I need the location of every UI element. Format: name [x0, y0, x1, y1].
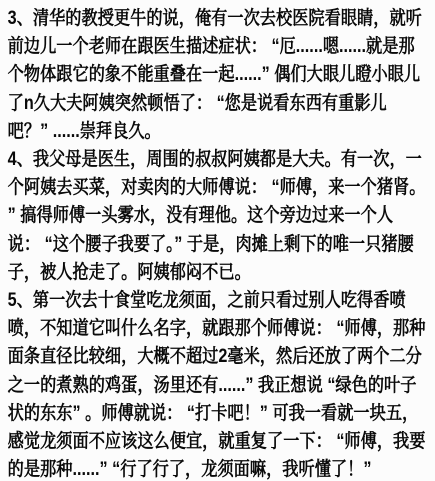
- text-line: ” 搞得师傅一头雾水，没有理他。这个旁边过来一个人: [8, 202, 435, 230]
- text-line: 之一的煮熟的鸡蛋，汤里还有......” 我正想说 “绿色的叶子: [8, 372, 435, 400]
- text-line: 4、我父母是医生，周围的叔叔阿姨都是大夫。有一次，一: [8, 146, 435, 174]
- text-line: 了n久大夫阿姨突然顿悟了： “您是说看东西有重影儿: [8, 90, 435, 118]
- text-line: 个阿姨去买菜，对卖肉的大师傅说： “师傅，来一个猪肾。: [8, 174, 435, 202]
- text-line: 状的东东” 。师傅就说： “打卡吧！” 可我一看就一块五，: [8, 400, 435, 428]
- text-line: 前边儿一个老师在跟医生描述症状： “厄......嗯......就是那: [8, 33, 435, 61]
- text-line: 面条直径比较细，大概不超过2毫米，然后还放了两个二分: [8, 343, 435, 371]
- joke-text-document: 3、清华的教授更牛的说，俺有一次去校医院看眼睛，就听 前边儿一个老师在跟医生描述…: [0, 0, 435, 481]
- text-line: 喷，不知道它叫什么名字，就跟那个师傅说： “师傅，那种: [8, 315, 435, 343]
- text-line: 说： “这个腰子我要了。” 于是，肉摊上剩下的唯一只猪腰: [8, 231, 435, 259]
- text-line: 感觉龙须面不应该这么便宜，就重复了一下： “师傅，我要: [8, 428, 435, 456]
- text-line: 吧？” ......崇拜良久。: [8, 118, 435, 146]
- text-line: 的是那种......” “行了行了，龙须面嘛，我听懂了！”: [8, 456, 435, 481]
- text-line: 5、第一次去十食堂吃龙须面，之前只看过别人吃得香喷: [8, 287, 435, 315]
- text-line: 个物体跟它的象不能重叠在一起......” 偶们大眼儿瞪小眼儿: [8, 61, 435, 89]
- text-line: 子，被人抢走了。阿姨郁闷不已。: [8, 259, 435, 287]
- text-line: 3、清华的教授更牛的说，俺有一次去校医院看眼睛，就听: [8, 5, 435, 33]
